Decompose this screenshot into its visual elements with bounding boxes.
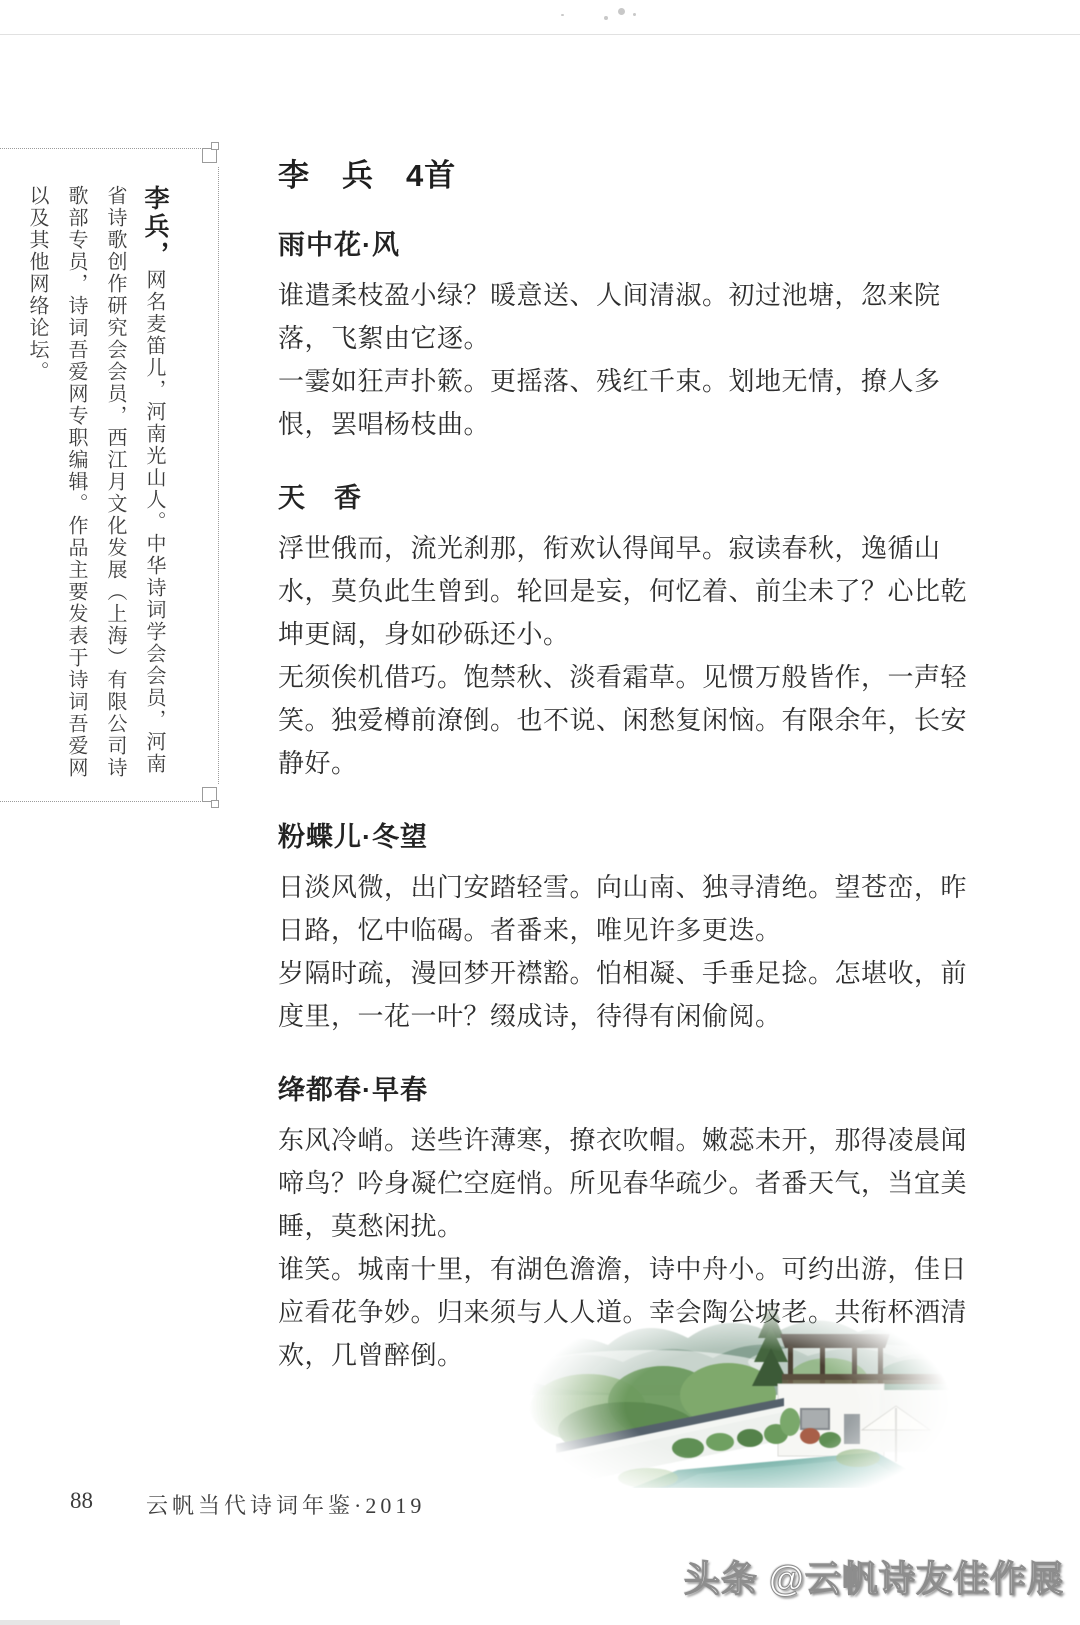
book-page: 李兵，网名麦笛儿，河南光山人。中华诗词学会会员，河南省诗歌创作研究会会员，西江月… bbox=[0, 0, 1080, 1625]
scan-artifact-speck bbox=[618, 8, 625, 15]
author-bio: 网名麦笛儿，河南光山人。中华诗词学会会员，河南省诗歌创作研究会会员，西江月文化发… bbox=[26, 185, 165, 779]
poem-section: 雨中花·风谁遣柔枝盈小绿？暖意送、人间清淑。初过池塘，忽来院落，飞絮由它逐。一霎… bbox=[278, 223, 968, 446]
poem-title: 粉蝶儿·冬望 bbox=[278, 815, 968, 854]
poem-line: 日淡风微，出门安踏轻雪。向山南、独寻清绝。望苍峦，昨 bbox=[278, 866, 968, 909]
poem-line: 东风冷峭。送些许薄寒，撩衣吹帽。嫩蕊未开，那得凌晨闻 bbox=[278, 1119, 968, 1162]
poem-line: 笑。独爱樽前潦倒。也不说、闲愁复闲恼。有限余年，长安 bbox=[278, 699, 968, 742]
scan-artifact-line bbox=[0, 34, 1080, 35]
author-name: 李兵， bbox=[141, 185, 168, 269]
poem-line: 水，莫负此生曾到。轮回是妄，何忆着、前尘未了？心比乾 bbox=[278, 570, 968, 613]
scan-artifact-speck bbox=[604, 16, 608, 20]
box-corner-ornament bbox=[202, 784, 226, 808]
poem-line: 落，飞絮由它逐。 bbox=[278, 317, 968, 360]
poem-line: 度里，一花一叶？缀成诗，待得有闲偷阅。 bbox=[278, 995, 968, 1038]
poem-title: 绛都春·早春 bbox=[278, 1068, 968, 1107]
footer-book-title: 云帆当代诗词年鉴·2019 bbox=[146, 1489, 425, 1520]
scan-artifact-edge bbox=[0, 1620, 120, 1625]
poem-line: 坤更阔，身如砂砾还小。 bbox=[278, 613, 968, 656]
author-bio-box: 李兵，网名麦笛儿，河南光山人。中华诗词学会会员，河南省诗歌创作研究会会员，西江月… bbox=[0, 148, 219, 802]
poem-line: 浮世俄而，流光刹那，衔欢认得闻早。寂读春秋，逸循山 bbox=[278, 527, 968, 570]
landscape-photo bbox=[528, 1290, 952, 1488]
poem-line: 恨，罢唱杨枝曲。 bbox=[278, 403, 968, 446]
poem-line: 无须俟机借巧。饱禁秋、淡看霜草。见惯万般皆作，一声轻 bbox=[278, 656, 968, 699]
poem-title: 雨中花·风 bbox=[278, 223, 968, 262]
page-number: 88 bbox=[70, 1488, 93, 1514]
scan-artifact-speck bbox=[561, 14, 564, 16]
poem-section: 天 香浮世俄而，流光刹那，衔欢认得闻早。寂读春秋，逸循山水，莫负此生曾到。轮回是… bbox=[278, 476, 968, 785]
page-title: 李 兵 4首 bbox=[278, 150, 968, 195]
poem-line: 谁笑。城南十里，有湖色澹澹，诗中舟小。可约出游，佳日 bbox=[278, 1248, 968, 1291]
box-corner-ornament bbox=[202, 142, 226, 166]
main-content: 李 兵 4首 雨中花·风谁遣柔枝盈小绿？暖意送、人间清淑。初过池塘，忽来院落，飞… bbox=[278, 150, 968, 1407]
scan-artifact-speck bbox=[633, 13, 636, 16]
poem-line: 静好。 bbox=[278, 742, 968, 785]
poem-line: 啼鸟？吟身凝伫空庭悄。所见春华疏少。者番天气，当宜美 bbox=[278, 1162, 968, 1205]
poems: 雨中花·风谁遣柔枝盈小绿？暖意送、人间清淑。初过池塘，忽来院落，飞絮由它逐。一霎… bbox=[278, 223, 968, 1377]
watermark-text: 头条 @云帆诗友佳作展 bbox=[684, 1551, 1064, 1602]
poem-line: 睡，莫愁闲扰。 bbox=[278, 1205, 968, 1248]
poem-section: 粉蝶儿·冬望日淡风微，出门安踏轻雪。向山南、独寻清绝。望苍峦，昨日路，忆中临碣。… bbox=[278, 815, 968, 1038]
poem-line: 日路，忆中临碣。者番来，唯见许多更迭。 bbox=[278, 909, 968, 952]
author-bio-text: 李兵，网名麦笛儿，河南光山人。中华诗词学会会员，河南省诗歌创作研究会会员，西江月… bbox=[14, 185, 174, 785]
poem-line: 谁遣柔枝盈小绿？暖意送、人间清淑。初过池塘，忽来院 bbox=[278, 274, 968, 317]
poem-title: 天 香 bbox=[278, 476, 968, 515]
poem-line: 一霎如狂声扑簌。更摇落、残红千束。划地无情，撩人多 bbox=[278, 360, 968, 403]
poem-line: 岁隔时疏，漫回梦开襟豁。怕相凝、手垂足捻。怎堪收，前 bbox=[278, 952, 968, 995]
